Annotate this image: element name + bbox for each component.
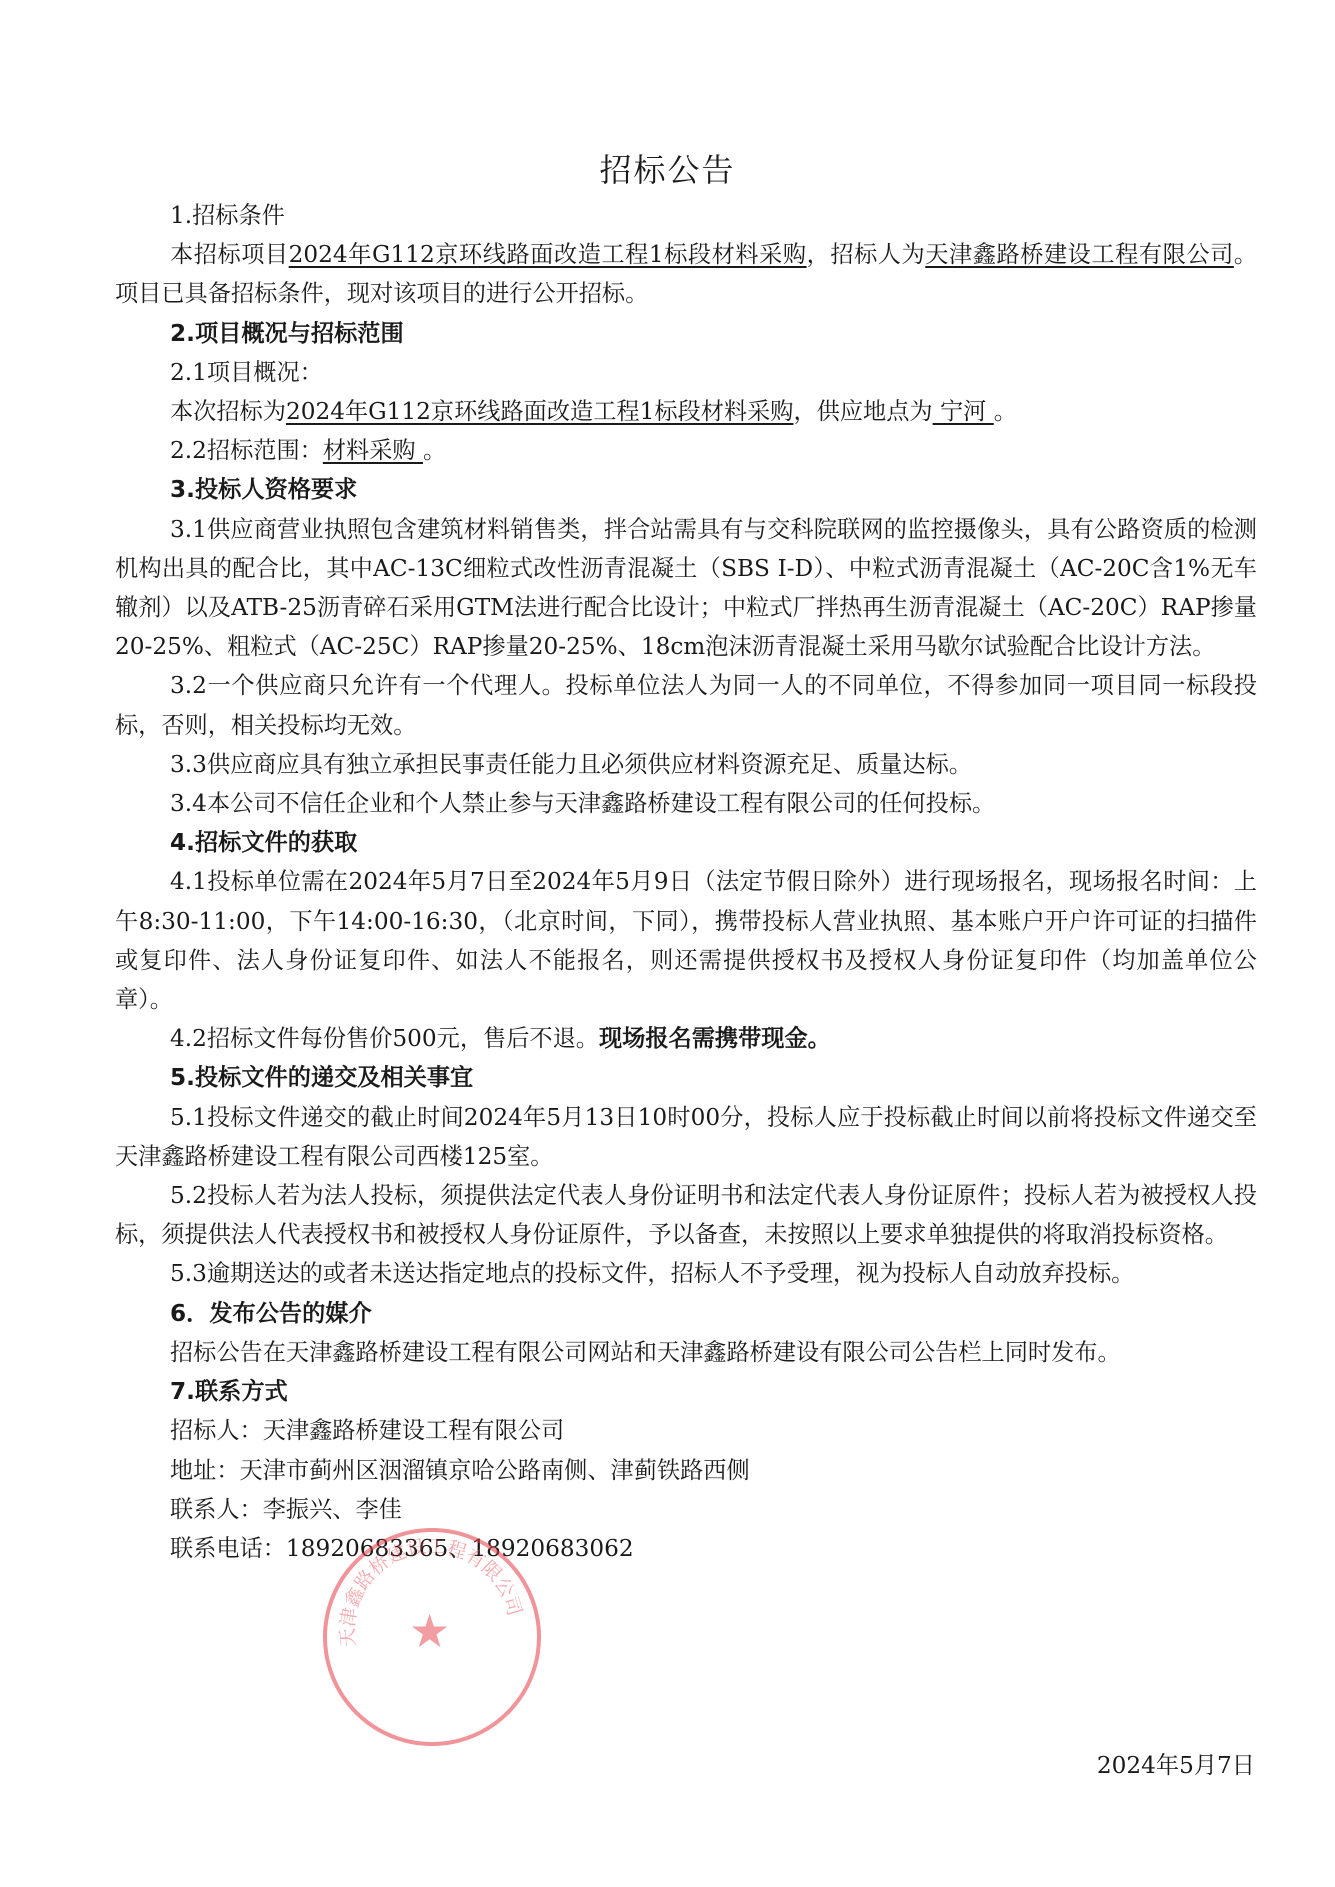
section-7-heading: 7.联系方式	[115, 1372, 1257, 1411]
tenderer-name: 天津鑫路桥建设工程有限公司	[925, 241, 1234, 268]
section-6-heading: 6．发布公告的媒介	[115, 1294, 1257, 1333]
project-name: 2024年G112京环线路面改造工程1标段材料采购	[289, 241, 807, 268]
contact-tenderer: 招标人：天津鑫路桥建设工程有限公司	[115, 1411, 1257, 1450]
section-3-item: 3.1供应商营业执照包含建筑材料销售类，拌合站需具有与交科院联网的监控摄像头，具…	[115, 510, 1257, 667]
section-3-item: 3.2一个供应商只允许有一个代理人。投标单位法人为同一人的不同单位，不得参加同一…	[115, 666, 1257, 744]
cash-notice: 现场报名需携带现金。	[599, 1025, 831, 1052]
contact-phone: 联系电话：18920683365、18920683062	[115, 1529, 1257, 1568]
text: 4.2招标文件每份售价500元，售后不退。	[170, 1025, 599, 1052]
contact-address: 地址：天津市蓟州区洇溜镇京哈公路南侧、津蓟铁路西侧	[115, 1451, 1257, 1490]
section-5-item: 5.3逾期送达的或者未送达指定地点的投标文件，招标人不予受理，视为投标人自动放弃…	[115, 1254, 1257, 1293]
section-5-item: 5.1投标文件递交的截止时间2024年5月13日10时00分，投标人应于投标截止…	[115, 1098, 1257, 1176]
section-4-item: 4.1投标单位需在2024年5月7日至2024年5月9日（法定节假日除外）进行现…	[115, 862, 1257, 1019]
section-3-item: 3.3供应商应具有独立承担民事责任能力且必须供应材料资源充足、质量达标。	[115, 745, 1257, 784]
section-6-text: 招标公告在天津鑫路桥建设工程有限公司网站和天津鑫路桥建设有限公司公告栏上同时发布…	[115, 1333, 1257, 1372]
tender-scope: 材料采购	[323, 437, 423, 464]
section-5-item: 5.2投标人若为法人投标，须提供法定代表人身份证明书和法定代表人身份证原件；投标…	[115, 1176, 1257, 1254]
section-3-item: 3.4本公司不信任企业和个人禁止参与天津鑫路桥建设工程有限公司的任何投标。	[115, 784, 1257, 823]
text: ，招标人为	[807, 241, 926, 268]
supply-location: 宁河	[933, 398, 994, 425]
document-body: 1.招标条件 本招标项目2024年G112京环线路面改造工程1标段材料采购，招标…	[115, 196, 1257, 1568]
seal-star-icon: ★	[409, 1604, 450, 1658]
section-4-heading: 4.招标文件的获取	[115, 823, 1257, 862]
section-2-1-label: 2.1项目概况：	[115, 353, 1257, 392]
section-4-item: 4.2招标文件每份售价500元，售后不退。现场报名需携带现金。	[115, 1019, 1257, 1058]
section-1-paragraph: 本招标项目2024年G112京环线路面改造工程1标段材料采购，招标人为天津鑫路桥…	[115, 235, 1257, 313]
text: 本招标项目	[170, 241, 289, 268]
issue-date: 2024年5月7日	[1097, 1746, 1255, 1780]
section-2-2-paragraph: 2.2招标范围：材料采购 。	[115, 431, 1257, 470]
text: ，供应地点为	[793, 398, 932, 425]
document-page: 招标公告 1.招标条件 本招标项目2024年G112京环线路面改造工程1标段材料…	[0, 0, 1335, 1887]
section-3-heading: 3.投标人资格要求	[115, 470, 1257, 509]
project-name: 2024年G112京环线路面改造工程1标段材料采购	[286, 398, 794, 425]
section-2-1-paragraph: 本次招标为2024年G112京环线路面改造工程1标段材料采购，供应地点为 宁河 …	[115, 392, 1257, 431]
page-title: 招标公告	[0, 145, 1335, 191]
section-5-heading: 5.投标文件的递交及相关事宜	[115, 1058, 1257, 1097]
section-1-heading: 1.招标条件	[115, 196, 1257, 235]
text: 2.2招标范围：	[170, 437, 323, 464]
text: 。	[423, 437, 446, 464]
section-2-heading: 2.项目概况与招标范围	[115, 314, 1257, 353]
contact-persons: 联系人：李振兴、李佳	[115, 1490, 1257, 1529]
text: 本次招标为	[170, 398, 286, 425]
text: 。	[994, 398, 1017, 425]
